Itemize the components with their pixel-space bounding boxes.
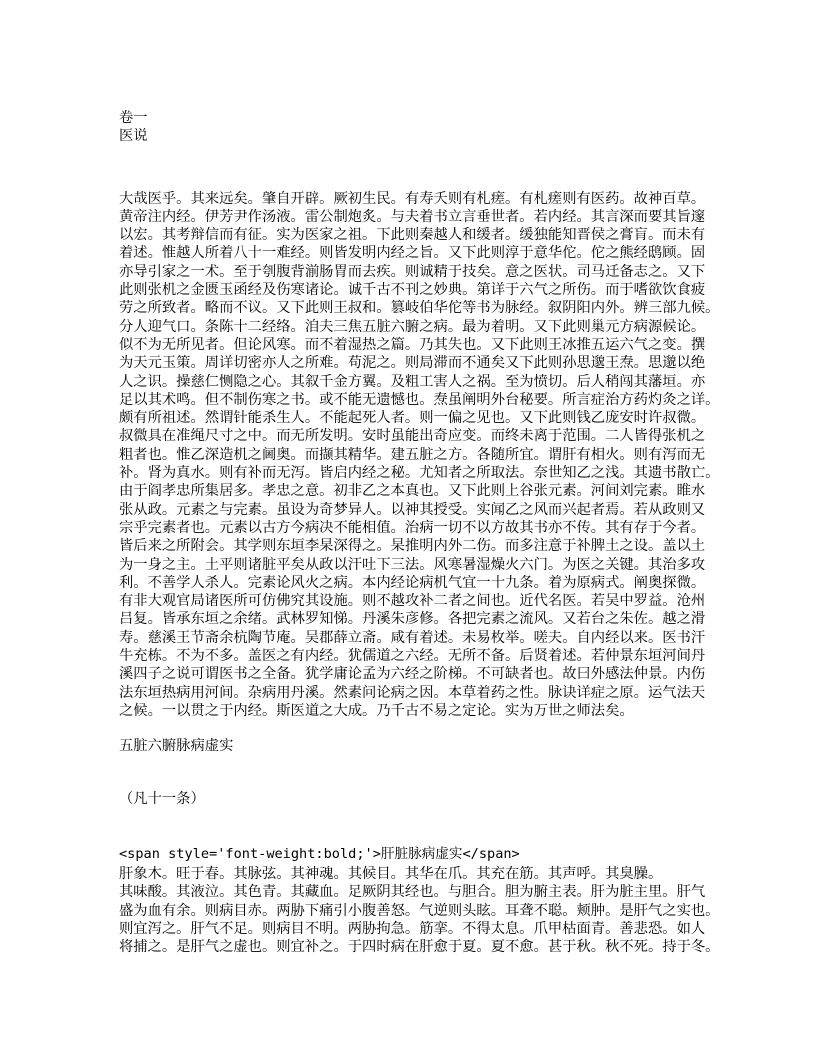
text-line: 之候。一以贯之于内经。斯医道之大成。乃千古不易之定论。实为万世之师法矣。 xyxy=(119,702,718,720)
text-line: 人之识。操慈仁恻隐之心。其叙千金方翼。及粗工害人之祸。至为愤切。后人稍闯其藩垣。… xyxy=(119,373,718,391)
text-line: 补。肾为真水。则有补而无泻。皆启内经之秘。尤知者之所取法。奈世知乙之浅。其遗书散… xyxy=(119,464,718,482)
text-line: 亦导引家之一术。至于刳腹背湔肠胃而去疾。则诚精于技矣。意之医状。司马迁备志之。又… xyxy=(119,263,718,281)
book-title: 医说 xyxy=(119,127,718,145)
text-line: 叔微具在准绳尺寸之中。而无所发明。安时虽能出奇应变。而终未离于范围。二人皆得张机… xyxy=(119,427,718,445)
text-line: 有非大观官局诸医所可仿佛究其设施。则不越攻补二者之间也。近代名医。若吴中罗益。沧… xyxy=(119,592,718,610)
text-line: 为一身之主。土平则诸脏平矣从政以汗吐下三法。风寒暑湿燥火六门。为医之关键。其治多… xyxy=(119,556,718,574)
text-line: 利。不善学人杀人。完素论风火之病。本内经论病机气宜一十九条。着为原病式。阐奥探微… xyxy=(119,574,718,592)
raw-html-span-text: <span style='font-weight:bold;'>肝脏脉病虚实</… xyxy=(119,845,718,863)
text-line: 粗者也。惟乙深造机之阃奥。而撷其精华。建五脏之方。各随所宜。谓肝有相火。则有泻而… xyxy=(119,446,718,464)
text-line: 足以其术鸣。但不制伤寒之书。或不能无遗憾也。焘虽阐明外台秘要。所言症治方药灼灸之… xyxy=(119,391,718,409)
text-line: 以宏。其考辩信而有征。实为医家之祖。下此则秦越人和缓者。缓独能知晋侯之膏肓。而未… xyxy=(119,226,718,244)
yishuo-paragraph: 大哉医乎。其来远矣。肇自开辟。厥初生民。有寿夭则有札瘥。有札瘥则有医药。故神百草… xyxy=(119,190,718,721)
text-line: 寿。慈溪王节斋余杭陶节庵。吴郡薛立斋。咸有着述。未易枚举。嗟夫。自内经以来。医书… xyxy=(119,629,718,647)
text-line: 宗乎完素者也。元素以古方今病决不能相值。治病一切不以方故其书亦不传。其有存于今者… xyxy=(119,519,718,537)
text-line: 分人迎气口。条陈十二经络。洎夫三焦五脏六腑之病。最为着明。又下此则巢元方病源候论… xyxy=(119,318,718,336)
text-line: 则宜泻之。肝气不足。则病目不明。两胁拘急。筋挛。不得太息。爪甲枯面青。善悲恐。如… xyxy=(119,920,718,938)
text-line: 着述。惟越人所着八十一难经。则皆发明内经之旨。又下此则淳于意华佗。佗之熊经鸱顾。… xyxy=(119,244,718,262)
text-line: 其味酸。其液泣。其色青。其藏血。足厥阴其经也。与胆合。胆为腑主表。肝为脏主里。肝… xyxy=(119,883,718,901)
text-line: 似不为无所见者。但论风寒。而不着湿热之篇。乃其失也。又下此则王冰推五运六气之变。… xyxy=(119,336,718,354)
text-line: 吕复。皆承东垣之余绪。武林罗知悌。丹溪朱彦修。各把完素之流风。又若台之朱佐。越之… xyxy=(119,610,718,628)
volume-title: 卷一 xyxy=(119,109,718,127)
text-line: 黄帝注内经。伊芳尹作汤液。雷公制炮炙。与夫着书立言垂世者。若内经。其言深而要其旨… xyxy=(119,208,718,226)
document-page: 卷一 医说 大哉医乎。其来远矣。肇自开辟。厥初生民。有寿夭则有札瘥。有札瘥则有医… xyxy=(0,0,816,1056)
count-note: （凡十一条） xyxy=(119,790,718,808)
text-line: 皆后来之所附会。其学则东垣李杲深得之。杲推明内外二伤。而多注意于补脾土之设。盖以… xyxy=(119,537,718,555)
text-line: 为天元玉策。周详切密亦人之所难。苟泥之。则局滞而不通矣又下此则孙思邈王焘。思邈以… xyxy=(119,354,718,372)
text-line: 将捕之。是肝气之虚也。则宜补之。于四时病在肝愈于夏。夏不愈。甚于秋。秋不死。持于… xyxy=(119,938,718,956)
liver-paragraph: 肝象木。旺于春。其脉弦。其神魂。其候目。其华在爪。其充在筋。其声呼。其臭臊。其味… xyxy=(119,865,718,956)
subsection-heading: 五脏六腑脉病虚实 xyxy=(119,737,718,755)
text-line: 牛充栋。不为不多。盖医之有内经。犹儒道之六经。无所不备。后贤着述。若仲景东垣河间… xyxy=(119,647,718,665)
text-line: 劳之所致者。略而不议。又下此则王叔和。篡岐伯华佗等书为脉经。叙阴阳内外。辨三部九… xyxy=(119,299,718,317)
text-line: 法东垣热病用河间。杂病用丹溪。然素问论病之因。本草着药之性。脉诀详症之原。运气法… xyxy=(119,684,718,702)
text-line: 肝象木。旺于春。其脉弦。其神魂。其候目。其华在爪。其充在筋。其声呼。其臭臊。 xyxy=(119,865,718,883)
text-line: 此则张机之金匮玉函经及伤寒诸论。诚千古不刊之妙典。第详于六气之所伤。而于嗜欲饮食… xyxy=(119,281,718,299)
text-line: 颇有所祖述。然谓针能杀生人。不能起死人者。则一偏之见也。又下此则钱乙庞安时许叔微… xyxy=(119,409,718,427)
text-line: 由于阎孝忠所集居多。孝忠之意。初非乙之本真也。又下此则上谷张元素。河间刘完素。睢… xyxy=(119,482,718,500)
text-line: 盛为血有余。则病目赤。两胁下痛引小腹善怒。气逆则头眩。耳聋不聪。颊肿。是肝气之实… xyxy=(119,902,718,920)
text-line: 大哉医乎。其来远矣。肇自开辟。厥初生民。有寿夭则有札瘥。有札瘥则有医药。故神百草… xyxy=(119,190,718,208)
text-line: 溪四子之说可谓医书之全备。犹学庸论孟为六经之阶梯。不可缺者也。故曰外感法仲景。内… xyxy=(119,665,718,683)
text-line: 张从政。元素之与完素。虽设为奇梦异人。以神其授受。实闻乙之风而兴起者焉。若从政则… xyxy=(119,501,718,519)
